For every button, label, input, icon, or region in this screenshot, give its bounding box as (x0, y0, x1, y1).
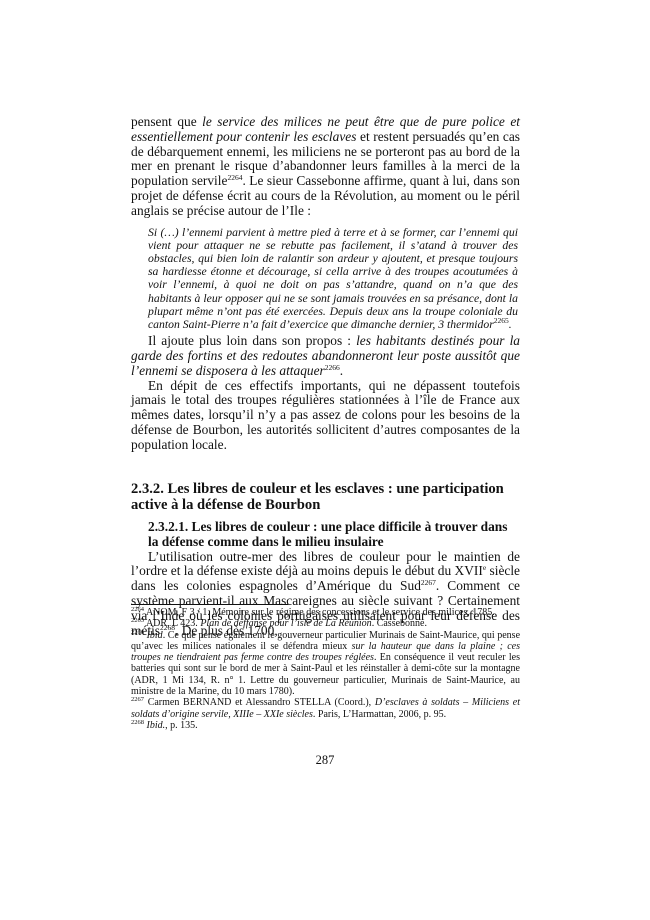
paragraph-effectifs: En dépit de ces effectifs importants, qu… (131, 379, 520, 453)
text-run: Il ajoute plus loin dans son propos : (148, 333, 356, 348)
footnote-number: 2266 (131, 629, 144, 636)
page-number: 287 (0, 753, 650, 768)
text-run: . (340, 363, 343, 378)
footnote-2266: 2266 Ibid. Ce que pense également le gou… (131, 630, 520, 698)
footnote-italic: Ibid. (147, 720, 166, 731)
footnote-text: ANOM, F 3 / 1. Mémoire sur le régime des… (144, 607, 495, 618)
footnote-text: , p. 135. (165, 720, 198, 731)
quote-text: Si (…) l’ennemi parvient à mettre pied à… (148, 226, 518, 331)
footnote-ref-2267[interactable]: 2267 (421, 578, 436, 587)
footnote-text: . Paris, L’Harmattan, 2006, p. 95. (313, 709, 446, 720)
footnote-separator (131, 604, 288, 605)
footnote-2267: 2267 Carmen BERNAND et Alessandro STELLA… (131, 697, 520, 720)
footnote-number: 2268 (131, 719, 144, 726)
footnote-number: 2267 (131, 696, 144, 703)
footnote-text: Carmen BERNAND et Alessandro STELLA (Coo… (144, 697, 375, 708)
footnote-ref-2266[interactable]: 2266 (325, 363, 340, 372)
footnote-number: 2265 (131, 617, 144, 624)
text-run: . (509, 318, 512, 331)
footnote-2265: 2265 ADR, L 423. Plan de deffanse pour l… (131, 618, 520, 629)
paragraph-milices: pensent que le service des milices ne pe… (131, 115, 520, 219)
footnotes: 2264 ANOM, F 3 / 1. Mémoire sur le régim… (131, 607, 520, 731)
footnote-text: . Cassebonne. (372, 618, 427, 629)
footnote-2264: 2264 ANOM, F 3 / 1. Mémoire sur le régim… (131, 607, 520, 618)
footnote-text: ADR, L 423. (144, 618, 200, 629)
footnote-number: 2264 (131, 606, 144, 613)
footnote-ref-2264[interactable]: 2264 (227, 173, 242, 182)
text-run: L’utilisation outre-mer des libres de co… (131, 549, 520, 579)
footnote-ref-2265[interactable]: 2265 (494, 316, 509, 325)
text-run: pensent que (131, 114, 202, 129)
section-heading-2-3-2: 2.3.2. Les libres de couleur et les escl… (131, 481, 520, 513)
paragraph-ajoute: Il ajoute plus loin dans son propos : le… (131, 334, 520, 378)
block-quote-cassebonne: Si (…) l’ennemi parvient à mettre pied à… (148, 226, 518, 332)
page-body: pensent que le service des milices ne pe… (131, 115, 520, 638)
subsection-heading-2-3-2-1: 2.3.2.1. Les libres de couleur : une pla… (148, 519, 520, 549)
footnote-italic: Ibid (147, 630, 163, 641)
footnote-2268: 2268 Ibid., p. 135. (131, 720, 520, 731)
footnote-italic: Plan de deffanse pour l’isle de La Réuni… (200, 618, 371, 629)
